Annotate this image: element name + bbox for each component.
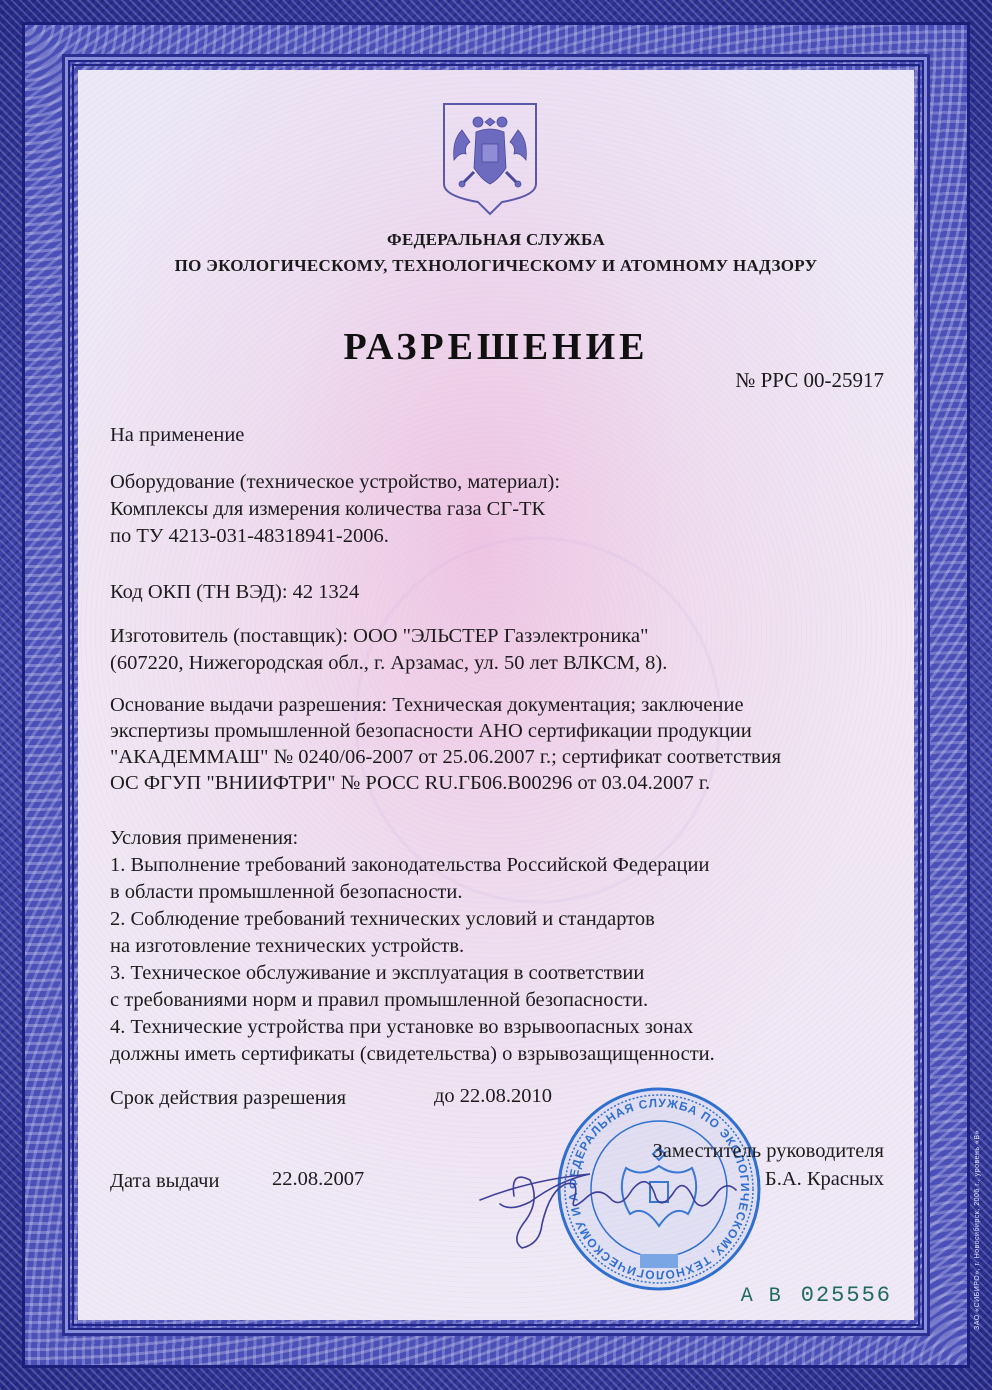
basis-line-2: экспертизы промышленной безопасности АНО… xyxy=(110,718,752,744)
manufacturer-line-1: Изготовитель (поставщик): ООО "ЭЛЬСТЕР Г… xyxy=(110,623,648,650)
validity-value: до 22.08.2010 xyxy=(434,1085,552,1108)
condition-line: должны иметь сертификаты (свидетельства)… xyxy=(110,1041,715,1068)
condition-line: с требованиями норм и правил промышленно… xyxy=(110,987,648,1014)
permit-number: № РРС 00-25917 xyxy=(735,368,884,393)
condition-line: на изготовление технических устройств. xyxy=(110,933,464,960)
signatory-title: Заместитель руководителя xyxy=(653,1140,884,1163)
condition-line: в области промышленной безопасности. xyxy=(110,879,462,906)
purpose-text: На применение xyxy=(110,422,244,449)
serial-series: А В xyxy=(741,1285,783,1308)
printer-imprint: ЗАО «СИБИРО», г. Новосибирск, 2006 г., у… xyxy=(974,1090,988,1330)
basis-line-4: ОС ФГУП "ВНИИФТРИ" № РОСС RU.ГБ06.В00296… xyxy=(110,770,710,796)
signatory-name: Б.А. Красных xyxy=(765,1168,884,1191)
condition-line: 1. Выполнение требований законодательств… xyxy=(110,852,709,879)
condition-line: 4. Технические устройства при установке … xyxy=(110,1014,693,1041)
basis-line-3: "АКАДЕММАШ" № 0240/06-2007 от 25.06.2007… xyxy=(110,744,781,770)
issue-date-label: Дата выдачи xyxy=(110,1168,219,1195)
basis-line-1: Основание выдачи разрешения: Техническая… xyxy=(110,692,744,718)
equipment-line-1: Оборудование (техническое устройство, ма… xyxy=(110,469,560,496)
issue-date-value: 22.08.2007 xyxy=(272,1168,364,1191)
agency-name-line1: ФЕДЕРАЛЬНАЯ СЛУЖБА xyxy=(0,230,992,250)
manufacturer-line-2: (607220, Нижегородская обл., г. Арзамас,… xyxy=(110,650,667,677)
agency-name-line2: ПО ЭКОЛОГИЧЕСКОМУ, ТЕХНОЛОГИЧЕСКОМУ И АТ… xyxy=(0,256,992,276)
okp-code: Код ОКП (ТН ВЭД): 42 1324 xyxy=(110,579,359,606)
blank-serial-number: А В025556 xyxy=(741,1283,892,1308)
document-title: РАЗРЕШЕНИЕ xyxy=(0,325,992,369)
equipment-line-3: по ТУ 4213-031-48318941-2006. xyxy=(110,523,389,550)
condition-line: 3. Техническое обслуживание и эксплуатац… xyxy=(110,960,644,987)
condition-line: 2. Соблюдение требований технических усл… xyxy=(110,906,655,933)
conditions-heading: Условия применения: xyxy=(110,825,298,852)
russian-coat-of-arms-icon xyxy=(440,100,540,216)
equipment-line-2: Комплексы для измерения количества газа … xyxy=(110,496,545,523)
serial-number: 025556 xyxy=(801,1283,892,1308)
validity-label: Срок действия разрешения xyxy=(110,1085,346,1112)
